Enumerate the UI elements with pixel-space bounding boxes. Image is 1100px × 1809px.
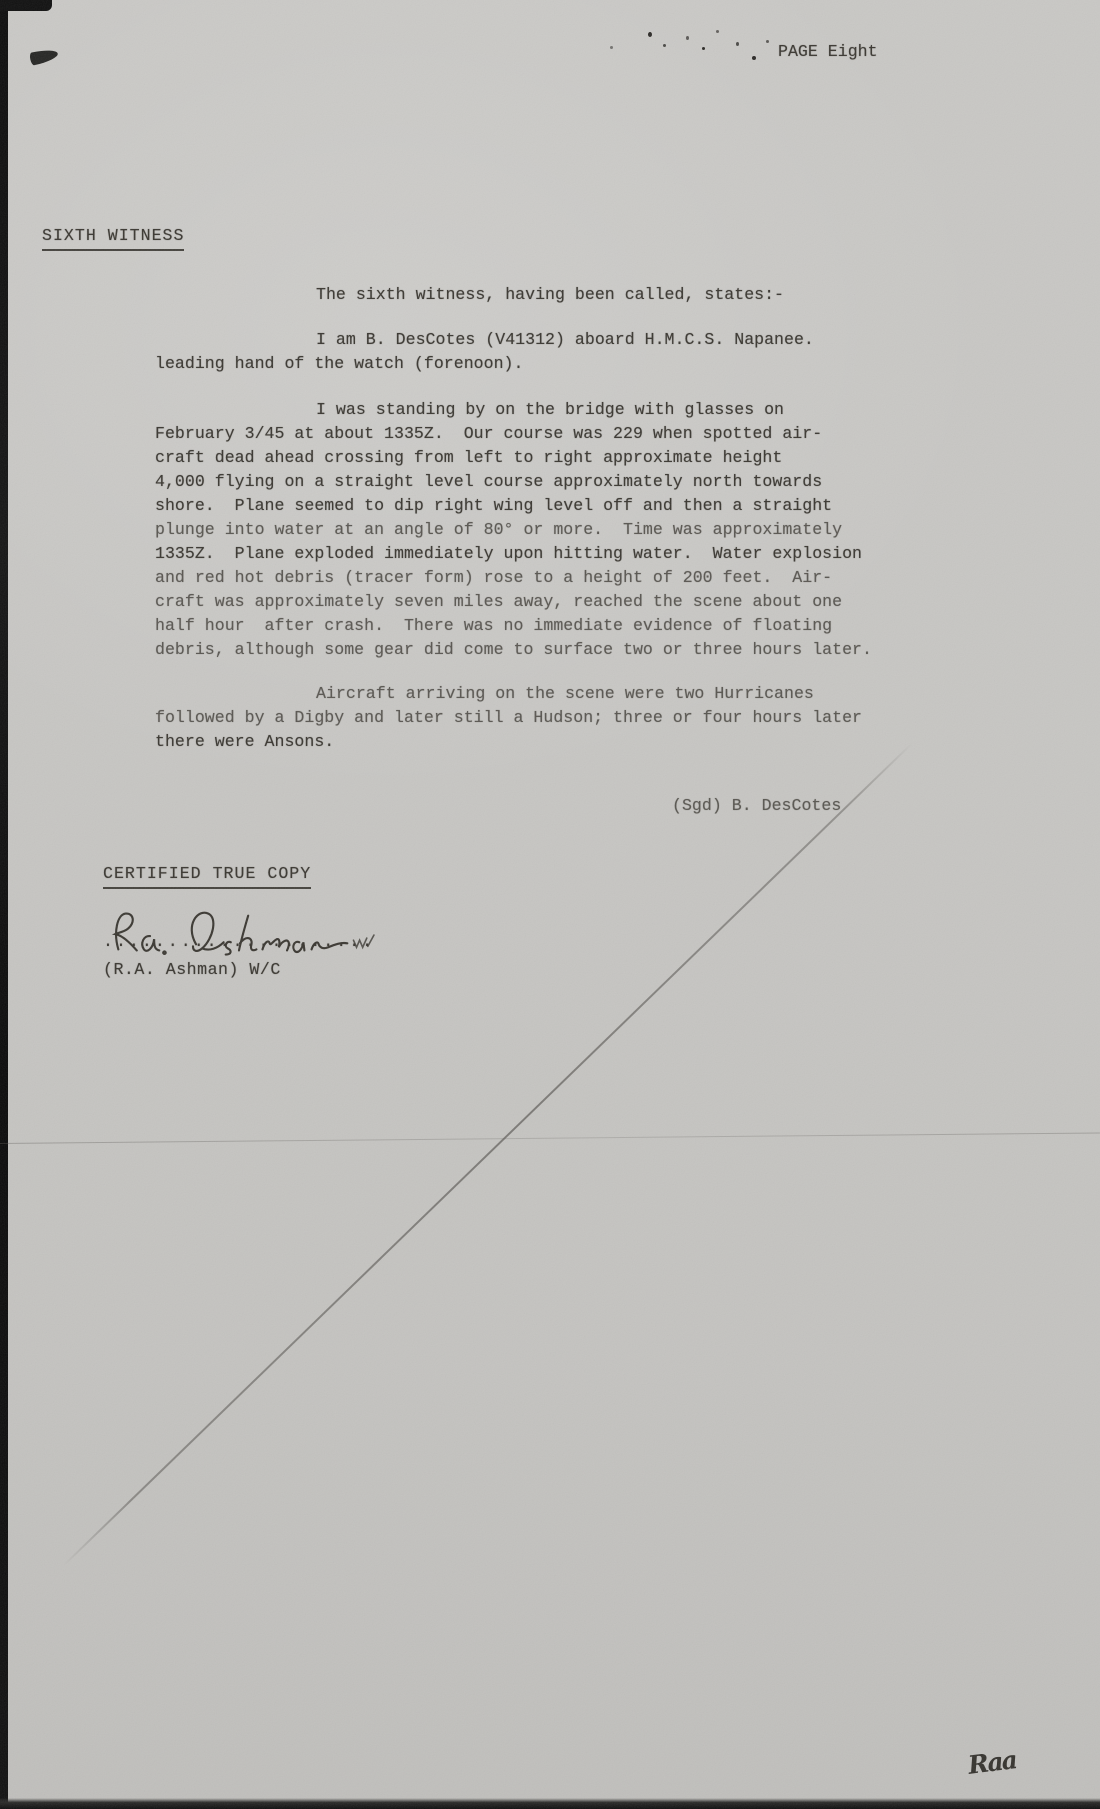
- signed-line: (Sgd) B. DesCotes: [672, 794, 841, 818]
- scanned-document-page: PAGE Eight SIXTH WITNESS The sixth witne…: [0, 0, 1100, 1809]
- paragraph-identity: I am B. DesCotes (V41312) aboard H.M.C.S…: [155, 328, 935, 376]
- ink-speck: [702, 47, 705, 50]
- ink-speck: [752, 56, 756, 60]
- paragraph-observation-line: debris, although some gear did come to s…: [155, 638, 935, 662]
- page-label: PAGE Eight: [778, 40, 878, 64]
- paragraph-observation: I was standing by on the bridge with gla…: [155, 398, 935, 662]
- paragraph-observation-line: and red hot debris (tracer form) rose to…: [155, 566, 935, 590]
- paragraph-observation-line: plunge into water at an angle of 80° or …: [155, 518, 935, 542]
- ink-speck: [648, 32, 652, 37]
- paragraph-aircraft: Aircraft arriving on the scene were two …: [155, 682, 935, 754]
- ink-speck: [736, 42, 739, 46]
- paragraph-observation-first-line: I was standing by on the bridge with gla…: [155, 398, 935, 422]
- signature-dotted-line: .....................: [103, 930, 375, 954]
- ink-speck: [766, 40, 769, 43]
- handwritten-initials: Raa: [966, 1745, 1017, 1780]
- ink-speck: [686, 36, 689, 40]
- paragraph-identity-line: leading hand of the watch (forenoon).: [155, 352, 935, 376]
- paragraph-observation-line: craft was approximately seven miles away…: [155, 590, 935, 614]
- ink-speck: [610, 46, 613, 49]
- film-edge-top-left: [0, 0, 52, 11]
- paragraph-aircraft-line: followed by a Digby and later still a Hu…: [155, 706, 935, 730]
- paragraph-aircraft-first-line: Aircraft arriving on the scene were two …: [155, 682, 935, 706]
- section-heading: SIXTH WITNESS: [42, 224, 184, 251]
- ink-smudge: [29, 47, 59, 66]
- horizontal-crease-line: [0, 1132, 1100, 1144]
- paragraph-aircraft-line: there were Ansons.: [155, 730, 935, 754]
- intro-line: The sixth witness, having been called, s…: [155, 283, 935, 307]
- ink-speck: [663, 44, 666, 47]
- film-edge-bottom: [0, 1798, 1100, 1809]
- ink-speck: [716, 30, 719, 33]
- certified-true-copy-heading: CERTIFIED TRUE COPY: [103, 862, 311, 889]
- paragraph-observation-line: shore. Plane seemed to dip right wing le…: [155, 494, 935, 518]
- paragraph-observation-line: craft dead ahead crossing from left to r…: [155, 446, 935, 470]
- signature-typed-name: (R.A. Ashman) W/C: [103, 958, 281, 982]
- paragraph-identity-first-line: I am B. DesCotes (V41312) aboard H.M.C.S…: [155, 328, 935, 352]
- paragraph-observation-line: 1335Z. Plane exploded immediately upon h…: [155, 542, 935, 566]
- intro-paragraph: The sixth witness, having been called, s…: [155, 283, 935, 307]
- film-edge-left: [0, 0, 8, 1809]
- paragraph-observation-line: half hour after crash. There was no imme…: [155, 614, 935, 638]
- paragraph-observation-line: February 3/45 at about 1335Z. Our course…: [155, 422, 935, 446]
- paragraph-observation-line: 4,000 flying on a straight level course …: [155, 470, 935, 494]
